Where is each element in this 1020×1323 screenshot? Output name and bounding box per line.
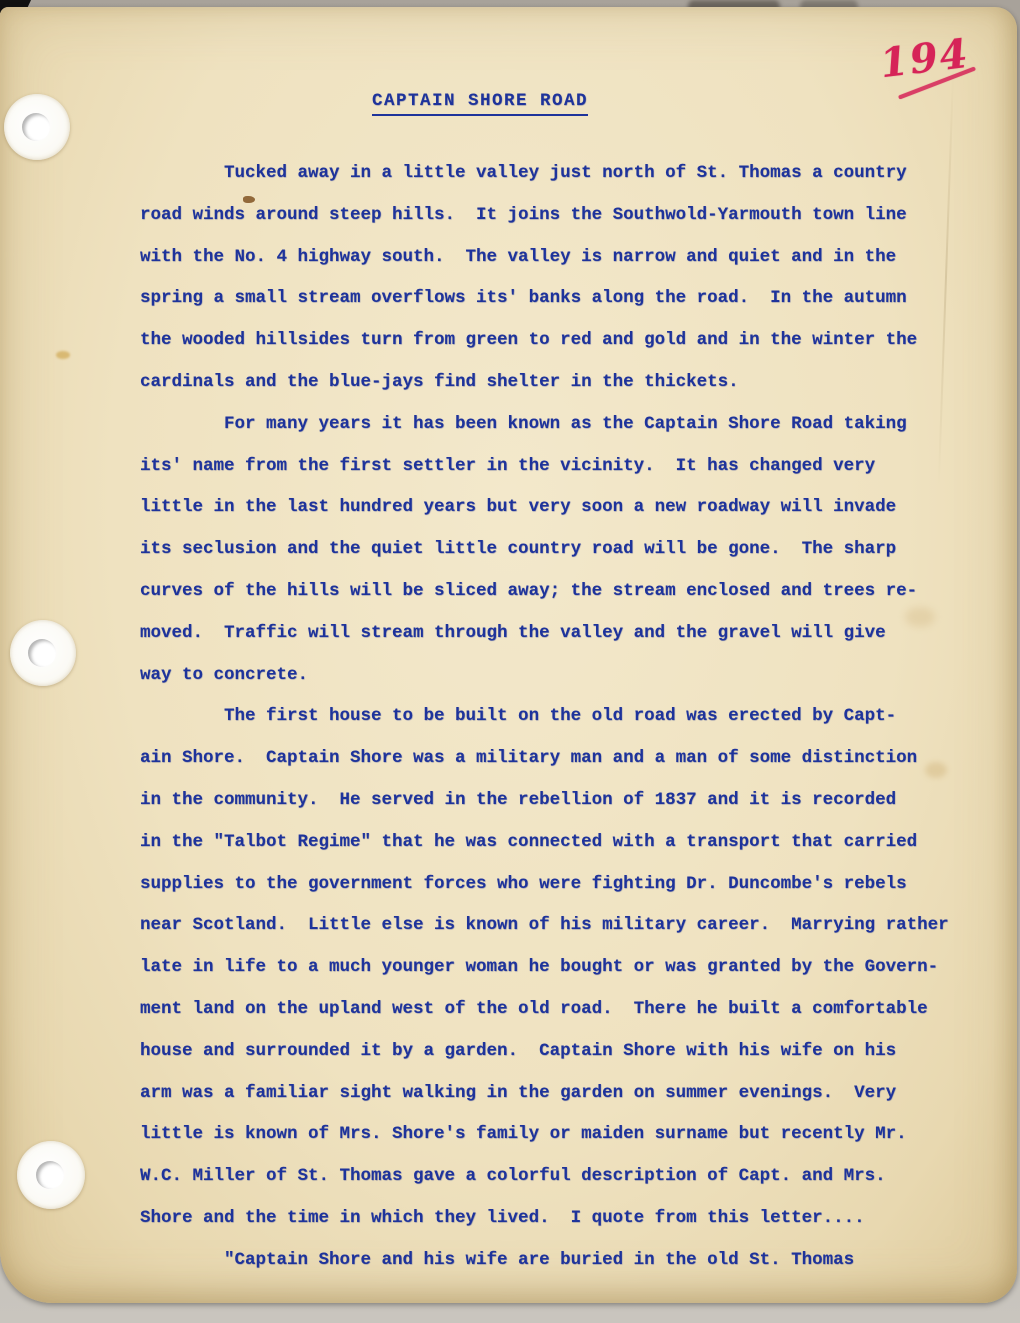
punch-hole-opening — [22, 113, 50, 141]
punch-hole-middle — [10, 620, 76, 686]
text-line: late in life to a much younger woman he … — [140, 947, 970, 989]
document-title: CAPTAIN SHORE ROAD — [372, 91, 588, 116]
text-line: curves of the hills will be sliced away;… — [140, 571, 970, 613]
punch-hole-top — [4, 94, 70, 160]
text-line: house and surrounded it by a garden. Cap… — [140, 1031, 970, 1073]
text-line: For many years it has been known as the … — [140, 404, 970, 446]
document-body: Tucked away in a little valley just nort… — [140, 153, 970, 1282]
text-line: Shore and the time in which they lived. … — [140, 1198, 970, 1240]
text-line: its seclusion and the quiet little count… — [140, 529, 970, 571]
punch-hole-opening — [36, 1161, 64, 1189]
text-line: The first house to be built on the old r… — [140, 696, 970, 738]
text-line: near Scotland. Little else is known of h… — [140, 905, 970, 947]
text-line: spring a small stream overflows its' ban… — [140, 278, 970, 320]
handwritten-page-number: 194 — [877, 30, 972, 88]
text-line: little in the last hundred years but ver… — [140, 487, 970, 529]
text-line: moved. Traffic will stream through the v… — [140, 613, 970, 655]
text-line: the wooded hillsides turn from green to … — [140, 320, 970, 362]
text-line: in the "Talbot Regime" that he was conne… — [140, 822, 970, 864]
text-line: little is known of Mrs. Shore's family o… — [140, 1114, 970, 1156]
text-line: ment land on the upland west of the old … — [140, 989, 970, 1031]
text-line: road winds around steep hills. It joins … — [140, 195, 970, 237]
text-line: "Captain Shore and his wife are buried i… — [140, 1240, 970, 1282]
text-line: Tucked away in a little valley just nort… — [140, 153, 970, 195]
yellow-stain — [56, 351, 70, 359]
text-line: cardinals and the blue-jays find shelter… — [140, 362, 970, 404]
text-line: in the community. He served in the rebel… — [140, 780, 970, 822]
punch-hole-opening — [28, 639, 56, 667]
text-line: with the No. 4 highway south. The valley… — [140, 237, 970, 279]
text-line: its' name from the first settler in the … — [140, 446, 970, 488]
text-line: W.C. Miller of St. Thomas gave a colorfu… — [140, 1156, 970, 1198]
text-line: supplies to the government forces who we… — [140, 864, 970, 906]
text-line: arm was a familiar sight walking in the … — [140, 1073, 970, 1115]
text-line: ain Shore. Captain Shore was a military … — [140, 738, 970, 780]
punch-hole-bottom — [17, 1141, 85, 1209]
text-line: way to concrete. — [140, 655, 970, 697]
document-page: 194 CAPTAIN SHORE ROAD Tucked away in a … — [0, 7, 1017, 1303]
